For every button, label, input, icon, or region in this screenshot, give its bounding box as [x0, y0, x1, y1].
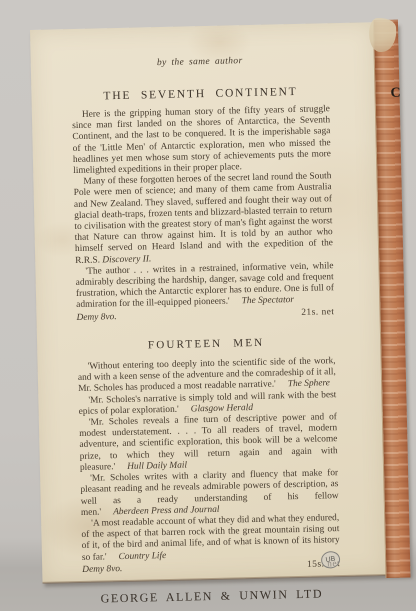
- blurb-paragraph-2: Many of these forgotten heroes of the se…: [73, 171, 333, 266]
- byline: by the same author: [71, 53, 329, 71]
- review-aberdeen-press: 'Mr. Scholes writes with a clarity and f…: [80, 468, 339, 519]
- review-hull-daily-mail: 'Mr. Scholes reveals a fine turn of desc…: [79, 412, 338, 474]
- format-demy-8vo-2: Demy 8vo.: [82, 564, 122, 576]
- photograph-of-book-back-cover: { "photo": { "background_color": "#c8c5c…: [0, 0, 416, 611]
- review-spectator: 'The author . . . writes in a restrained…: [75, 261, 334, 312]
- review-spectator-source: The Spectator: [242, 296, 295, 307]
- stamp-monogram: UB: [325, 556, 336, 564]
- section-title-fourteen-men: FOURTEEN MEN: [77, 335, 335, 353]
- review-glasgow-herald-source: Glasgow Herald: [191, 403, 253, 414]
- review-hull-daily-mail-quote: 'Mr. Scholes reveals a fine turn of desc…: [79, 412, 338, 473]
- spine-title-letter: C: [390, 86, 400, 102]
- review-hull-daily-mail-source: Hull Daily Mail: [127, 460, 187, 471]
- format-demy-8vo-1: Demy 8vo.: [76, 312, 116, 324]
- price-21s-net: 21s. net: [301, 307, 334, 319]
- blurb-paragraph-1-text: Here is the gripping human story of the …: [72, 104, 331, 176]
- publisher-imprint: GEORGE ALLEN & UNWIN LTD: [83, 586, 341, 607]
- review-country-life-source: Country Life: [118, 551, 166, 562]
- review-country-life: 'A most readable account of what they di…: [81, 513, 340, 564]
- review-sphere-source: The Sphere: [288, 379, 330, 390]
- blurb-paragraph-1: Here is the gripping human story of the …: [72, 104, 331, 177]
- review-spectator-quote: 'The author . . . writes in a restrained…: [76, 261, 334, 310]
- dust-jacket-back-panel: by the same author THE SEVENTH CONTINENT…: [30, 22, 386, 583]
- torn-jacket-corner: [369, 18, 397, 53]
- ship-name-italic: Discovery II.: [102, 254, 151, 265]
- section-title-the-seventh-continent: THE SEVENTH CONTINENT: [71, 85, 329, 103]
- blurb-paragraph-2-text: Many of these forgotten heroes of the se…: [74, 171, 333, 265]
- book-back-cover: by the same author THE SEVENTH CONTINENT…: [30, 22, 410, 583]
